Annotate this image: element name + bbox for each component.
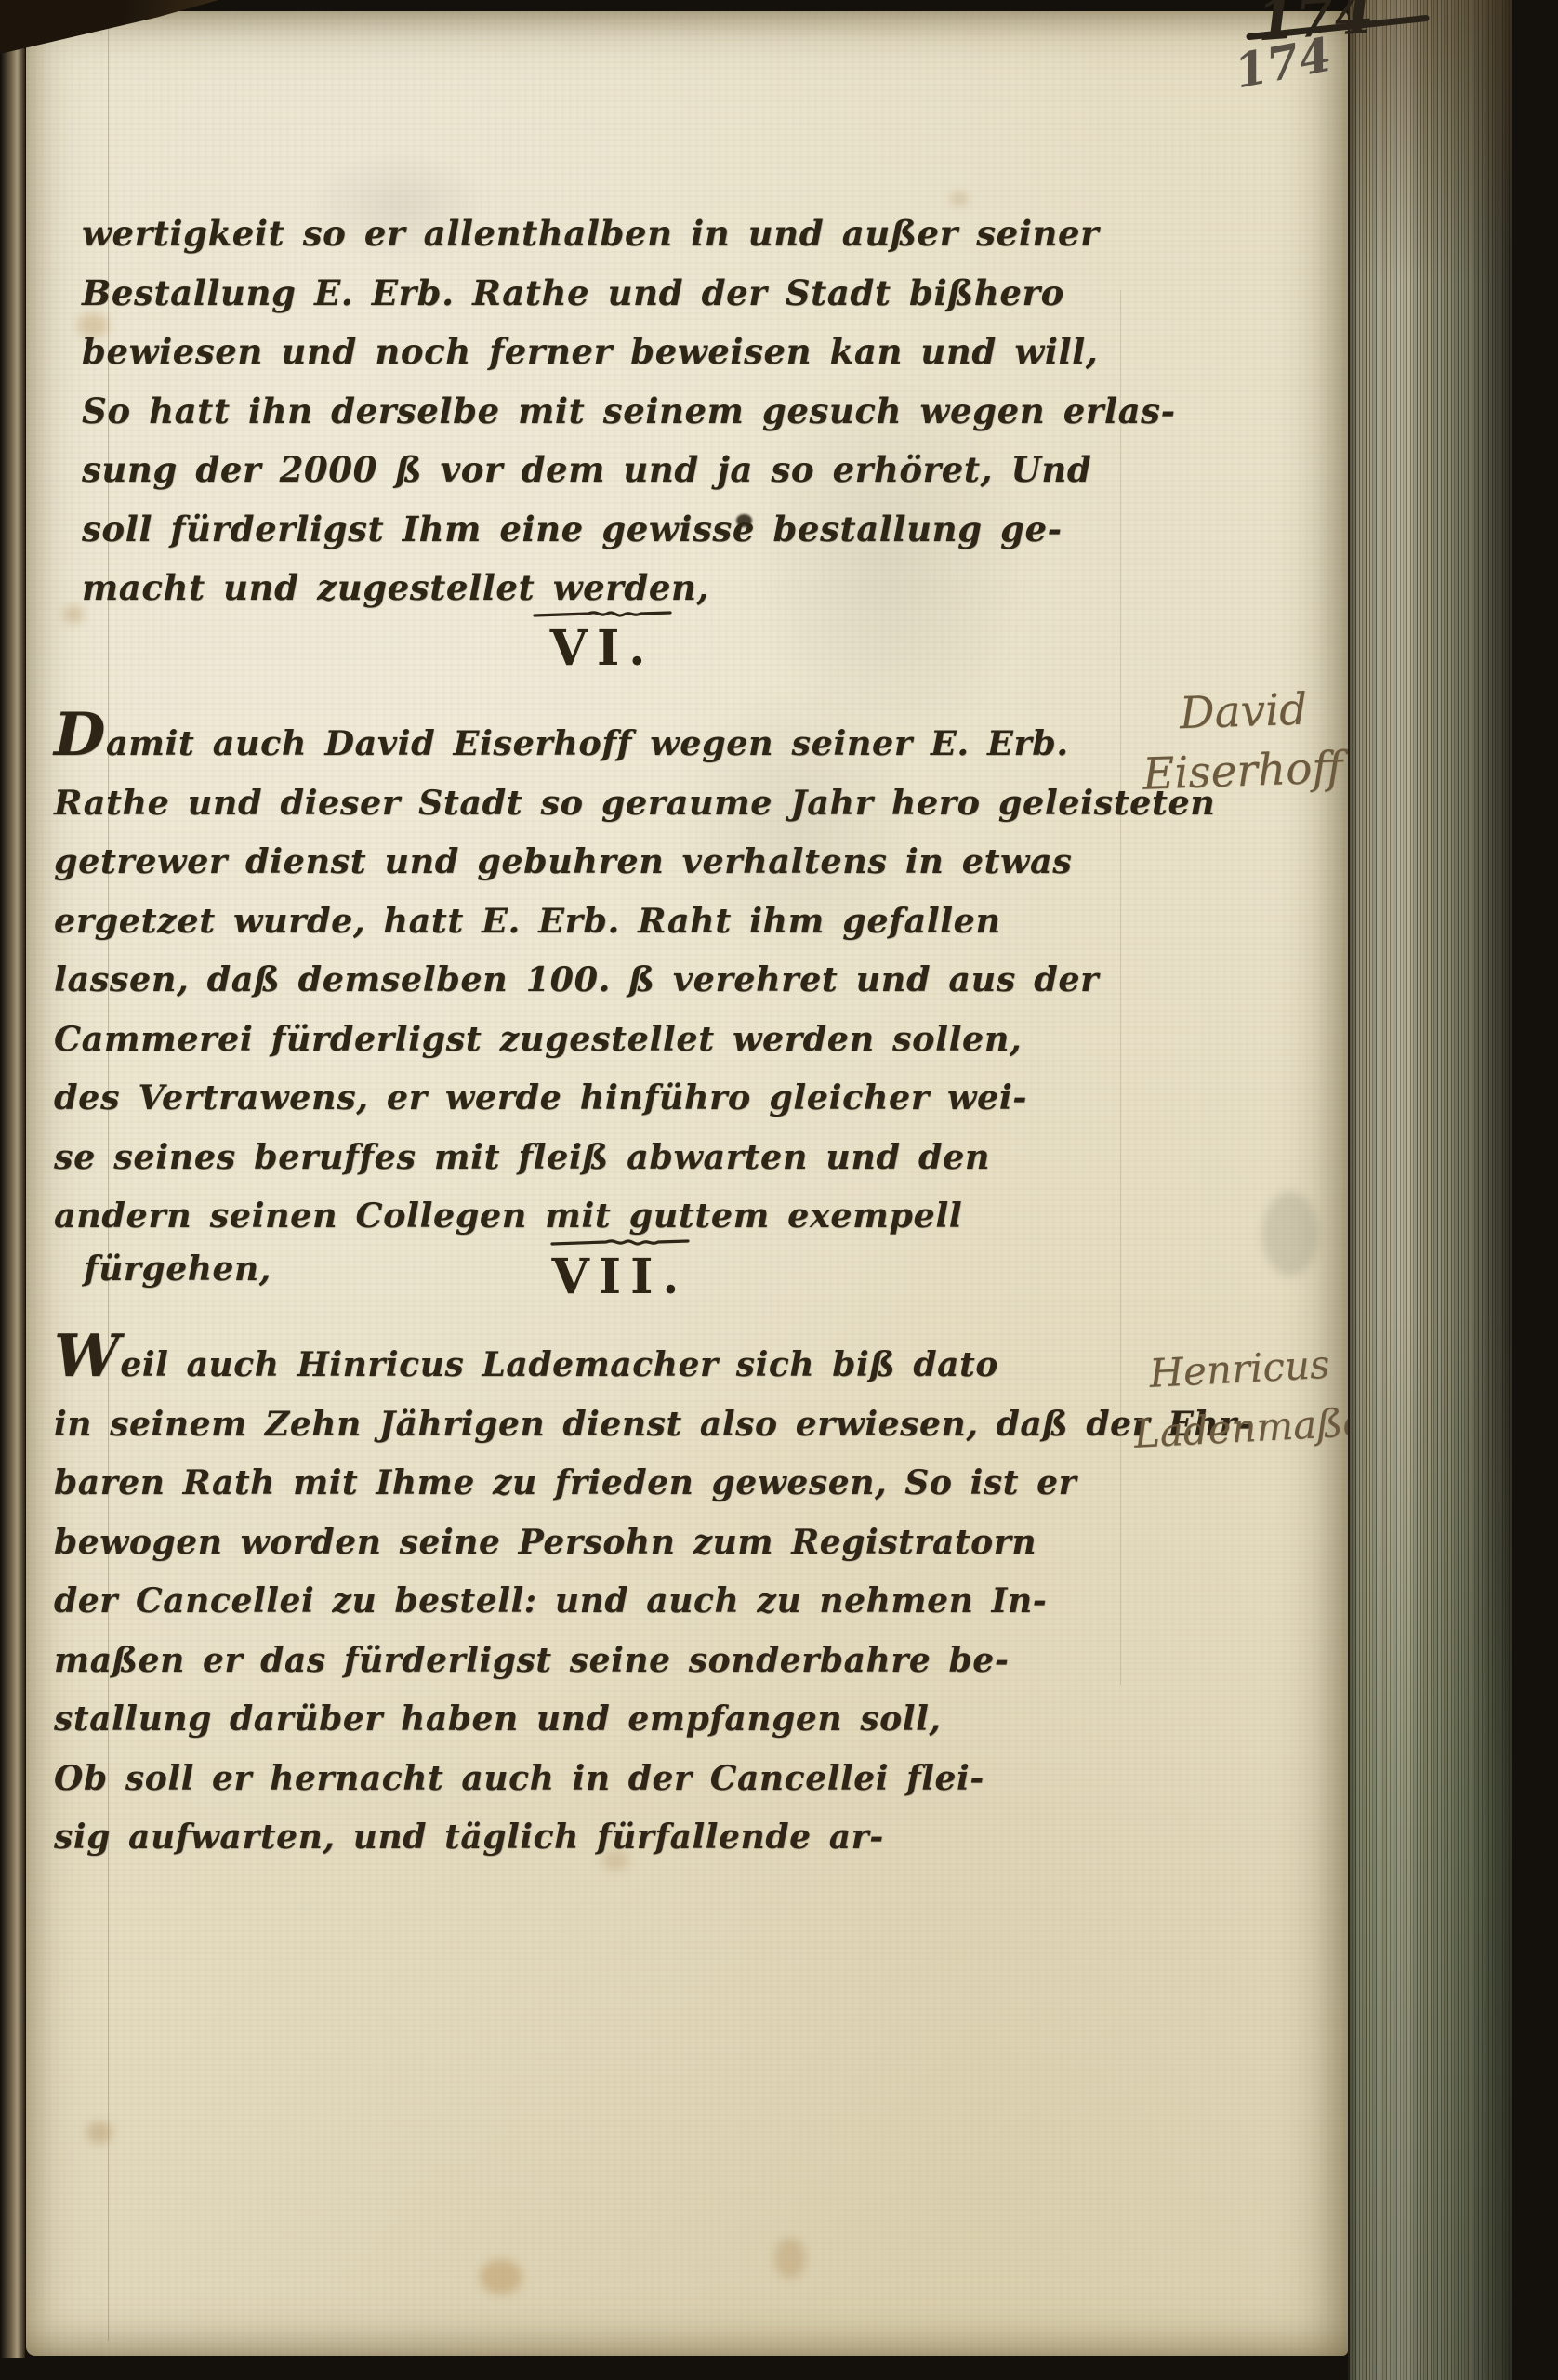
section-vii-heading: VII.: [551, 1253, 688, 1302]
margin-note-henricus-lademacher: Henricus Ladenmaße,: [1129, 1332, 1348, 1464]
text-line: der Cancellei zu bestell: und auch zu ne…: [54, 1572, 1251, 1632]
text-line: maßen er das fürderligst seine sonderbah…: [54, 1632, 1251, 1691]
section-vi-heading: VI.: [550, 625, 655, 673]
text-line: getrewer dienst und gebuhren verhaltens …: [54, 832, 1215, 892]
text-line: Bestallung E. Erb. Rathe und der Stadt b…: [82, 264, 1176, 324]
text-line: soll fürderligst Ihm eine gewisse bestal…: [82, 500, 1176, 560]
section-vi-closing-line: fürgehen,: [84, 1249, 271, 1289]
paper-stain: [1262, 1192, 1318, 1276]
section-vi-heading-group: VI.: [509, 606, 695, 673]
margin-note-line: David: [1179, 679, 1342, 744]
text-line: wertigkeit so er allenthalben in und auß…: [82, 205, 1176, 264]
text-line: Ob soll er hernacht auch in der Cancelle…: [54, 1750, 1251, 1809]
text-line: ergetzet wurde, hatt E. Erb. Raht ihm ge…: [54, 892, 1215, 951]
text-line: se seines beruffes mit fleiß abwarten un…: [54, 1128, 1215, 1187]
margin-note-line: Henricus: [1148, 1332, 1348, 1404]
paper-stain: [774, 2238, 806, 2279]
margin-note-david-eiserhoff: David Eiserhoff: [1140, 679, 1344, 804]
paper-stain: [951, 192, 968, 205]
section-vii-heading-group: VII.: [527, 1235, 713, 1302]
fore-edge-page-stack: [1348, 0, 1512, 2380]
paper-stain: [63, 606, 84, 623]
opening-paragraph: wertigkeit so er allenthalben in und auß…: [82, 205, 1176, 618]
text-line: sig aufwarten, und täglich fürfallende a…: [54, 1808, 1251, 1868]
text-line: Damit auch David Eiserhoff wegen seiner …: [54, 714, 1215, 773]
text-line: So hatt ihn derselbe mit seinem gesuch w…: [82, 382, 1176, 442]
text-line: sung der 2000 ß vor dem und ja so erhöre…: [82, 441, 1176, 500]
paper-stain: [480, 2259, 522, 2294]
binding-edge: [0, 24, 25, 2358]
text-line: Cammerei fürderligst zugestellet werden …: [54, 1010, 1215, 1069]
text-line: Rathe und dieser Stadt so geraume Jahr h…: [54, 773, 1215, 833]
paper-stain: [86, 2122, 112, 2144]
margin-note-line: Eiserhoff: [1142, 738, 1344, 804]
text-line: lassen, daß demselben 100. ß verehret un…: [54, 950, 1215, 1010]
margin-note-line: Ladenmaße,: [1132, 1392, 1348, 1464]
section-vii-paragraph: Weil auch Hinricus Lademacher sich biß d…: [54, 1336, 1251, 1868]
text-line: bewogen worden seine Persohn zum Registr…: [54, 1514, 1251, 1573]
text-line: Weil auch Hinricus Lademacher sich biß d…: [54, 1336, 1251, 1395]
manuscript-scan: 174 wertigkeit so er allenthalben in und…: [0, 0, 1558, 2380]
text-line: baren Rath mit Ihme zu frieden gewesen, …: [54, 1454, 1251, 1514]
section-vi-paragraph: Damit auch David Eiserhoff wegen seiner …: [54, 714, 1215, 1246]
text-line: in seinem Zehn Jährigen dienst also erwi…: [54, 1395, 1251, 1455]
manuscript-page: 174 wertigkeit so er allenthalben in und…: [26, 11, 1348, 2356]
text-line: bewiesen und noch ferner beweisen kan un…: [82, 323, 1176, 382]
text-line: stallung darüber haben und empfangen sol…: [54, 1690, 1251, 1750]
text-line: des Vertrawens, er werde hinführo gleich…: [54, 1068, 1215, 1128]
